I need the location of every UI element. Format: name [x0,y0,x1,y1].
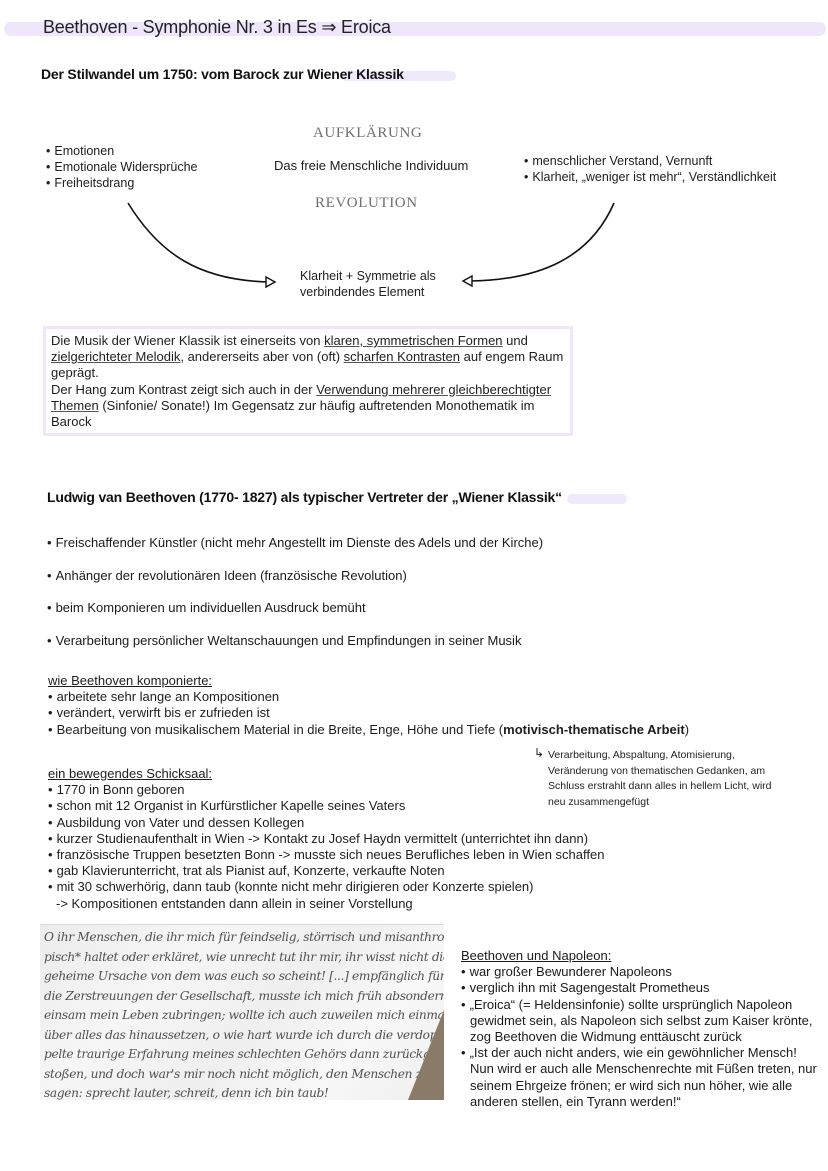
text: Bearbeitung von musikalischem Material i… [57,722,504,737]
underlined-text: zielgerichteter Melodik [51,349,180,364]
beethoven-traits-list: Freischaffender Künstler (nicht mehr Ang… [47,535,543,665]
list-item: „Ist der auch nicht anders, wie ein gewö… [461,1045,821,1110]
list-item: kurzer Studienaufenthalt in Wien -> Kont… [48,831,604,847]
klassik-summary-box: Die Musik der Wiener Klassik ist einerse… [43,326,573,436]
napoleon-block: Beethoven und Napoleon: war großer Bewun… [461,948,821,1110]
fate-list: 1770 in Bonn geboren schon mit 12 Organi… [48,782,604,895]
text: ) [685,722,689,737]
text: Der Hang zum Kontrast zeigt sich auch in… [51,382,316,397]
compose-heading: wie Beethoven komponierte: [48,673,689,689]
fate-heading: ein bewegendes Schicksaal: [48,766,604,782]
note-line: Verarbeitung, Abspaltung, Atomisierung, [548,748,772,764]
text: (Sinfonie/ Sonate!) Im Gegensatz zur häu… [51,398,534,429]
section-stilwandel-heading: Der Stilwandel um 1750: vom Barock zur W… [41,66,404,82]
napoleon-heading: Beethoven und Napoleon: [461,948,821,964]
list-item: gab Klavierunterricht, trat als Pianist … [48,863,604,879]
underlined-text: klaren, symmetrischen Formen [324,333,502,348]
left-arrowhead-icon [266,277,275,287]
right-arrowhead-icon [463,276,472,286]
page-corner-shadow [408,1010,444,1100]
right-arrow-curve [470,203,614,281]
quote-line: über alles das hinaussetzen, o wie hart … [44,1026,444,1046]
text: Die Musik der Wiener Klassik ist einerse… [51,333,324,348]
list-item: Bearbeitung von musikalischem Material i… [48,722,689,738]
list-item: Anhänger der revolutionären Ideen (franz… [47,568,543,584]
quote-line: O ihr Menschen, die ihr mich für feindse… [44,928,444,948]
result-text: Klarheit + Symmetrie als verbindendes El… [300,268,436,300]
result-line-2: verbindendes Element [300,284,436,300]
heading-highlight [567,494,627,504]
list-item: 1770 in Bonn geboren [48,782,604,798]
fate-continuation: -> Kompositionen entstanden dann allein … [48,896,604,912]
section-beethoven-heading-wrap: Ludwig van Beethoven (1770- 1827) als ty… [47,489,562,505]
left-arrow-curve [128,203,268,282]
compose-list: arbeitete sehr lange an Kompositionen ve… [48,689,689,738]
corner-arrow-icon: ↳ [534,746,544,762]
list-item: mit 30 schwerhörig, dann taub (konnte ni… [48,879,604,895]
fate-block: ein bewegendes Schicksaal: 1770 in Bonn … [48,766,604,912]
section-stilwandel-heading-wrap: Der Stilwandel um 1750: vom Barock zur W… [41,66,404,82]
list-item: verändert, verwirft bis er zufrieden ist [48,705,689,721]
quote-line: pelte traurige Erfahrung meines schlecht… [44,1045,444,1065]
list-item: Ausbildung von Vater und dessen Kollegen [48,815,604,831]
quote-line: stoßen, und doch war's mir noch nicht mö… [44,1065,444,1085]
compose-block: wie Beethoven komponierte: arbeitete seh… [48,673,689,738]
list-item: arbeitete sehr lange an Kompositionen [48,689,689,705]
text: und [503,333,528,348]
quote-line: geheime Ursache von dem was euch so sche… [44,967,444,987]
result-line-1: Klarheit + Symmetrie als [300,268,436,284]
list-item: verglich ihn mit Sagengestalt Prometheus [461,980,821,996]
quote-line: sagen: sprecht lauter, schreit, denn ich… [44,1084,444,1100]
list-item: Freischaffender Künstler (nicht mehr Ang… [47,535,543,551]
quote-line: die Zerstreuungen der Gesellschaft, muss… [44,987,444,1007]
list-item: schon mit 12 Organist in Kurfürstlicher … [48,798,604,814]
underlined-text: scharfen Kontrasten [344,349,460,364]
quote-text: O ihr Menschen, die ihr mich für feindse… [44,928,444,1100]
list-item: beim Komponieren um individuellen Ausdru… [47,600,543,616]
napoleon-list: war großer Bewunderer Napoleons verglich… [461,964,821,1110]
list-item: „Eroica“ (= Heldensinfonie) sollte urspr… [461,997,821,1046]
text: , andererseits aber von (oft) [180,349,343,364]
quote-line: pisch* haltet oder erkläret, wie unrecht… [44,948,444,968]
bold-text: motivisch-thematische Arbeit [503,722,685,737]
list-item: war großer Bewunderer Napoleons [461,964,821,980]
list-item: Verarbeitung persönlicher Weltanschauung… [47,633,543,649]
section-beethoven-heading: Ludwig van Beethoven (1770- 1827) als ty… [47,489,562,505]
list-item: französische Truppen besetzten Bonn -> m… [48,847,604,863]
heiligenstadt-quote-image: O ihr Menschen, die ihr mich für feindse… [40,924,444,1100]
quote-line: einsam mein Leben zubringen; wollte ich … [44,1006,444,1026]
